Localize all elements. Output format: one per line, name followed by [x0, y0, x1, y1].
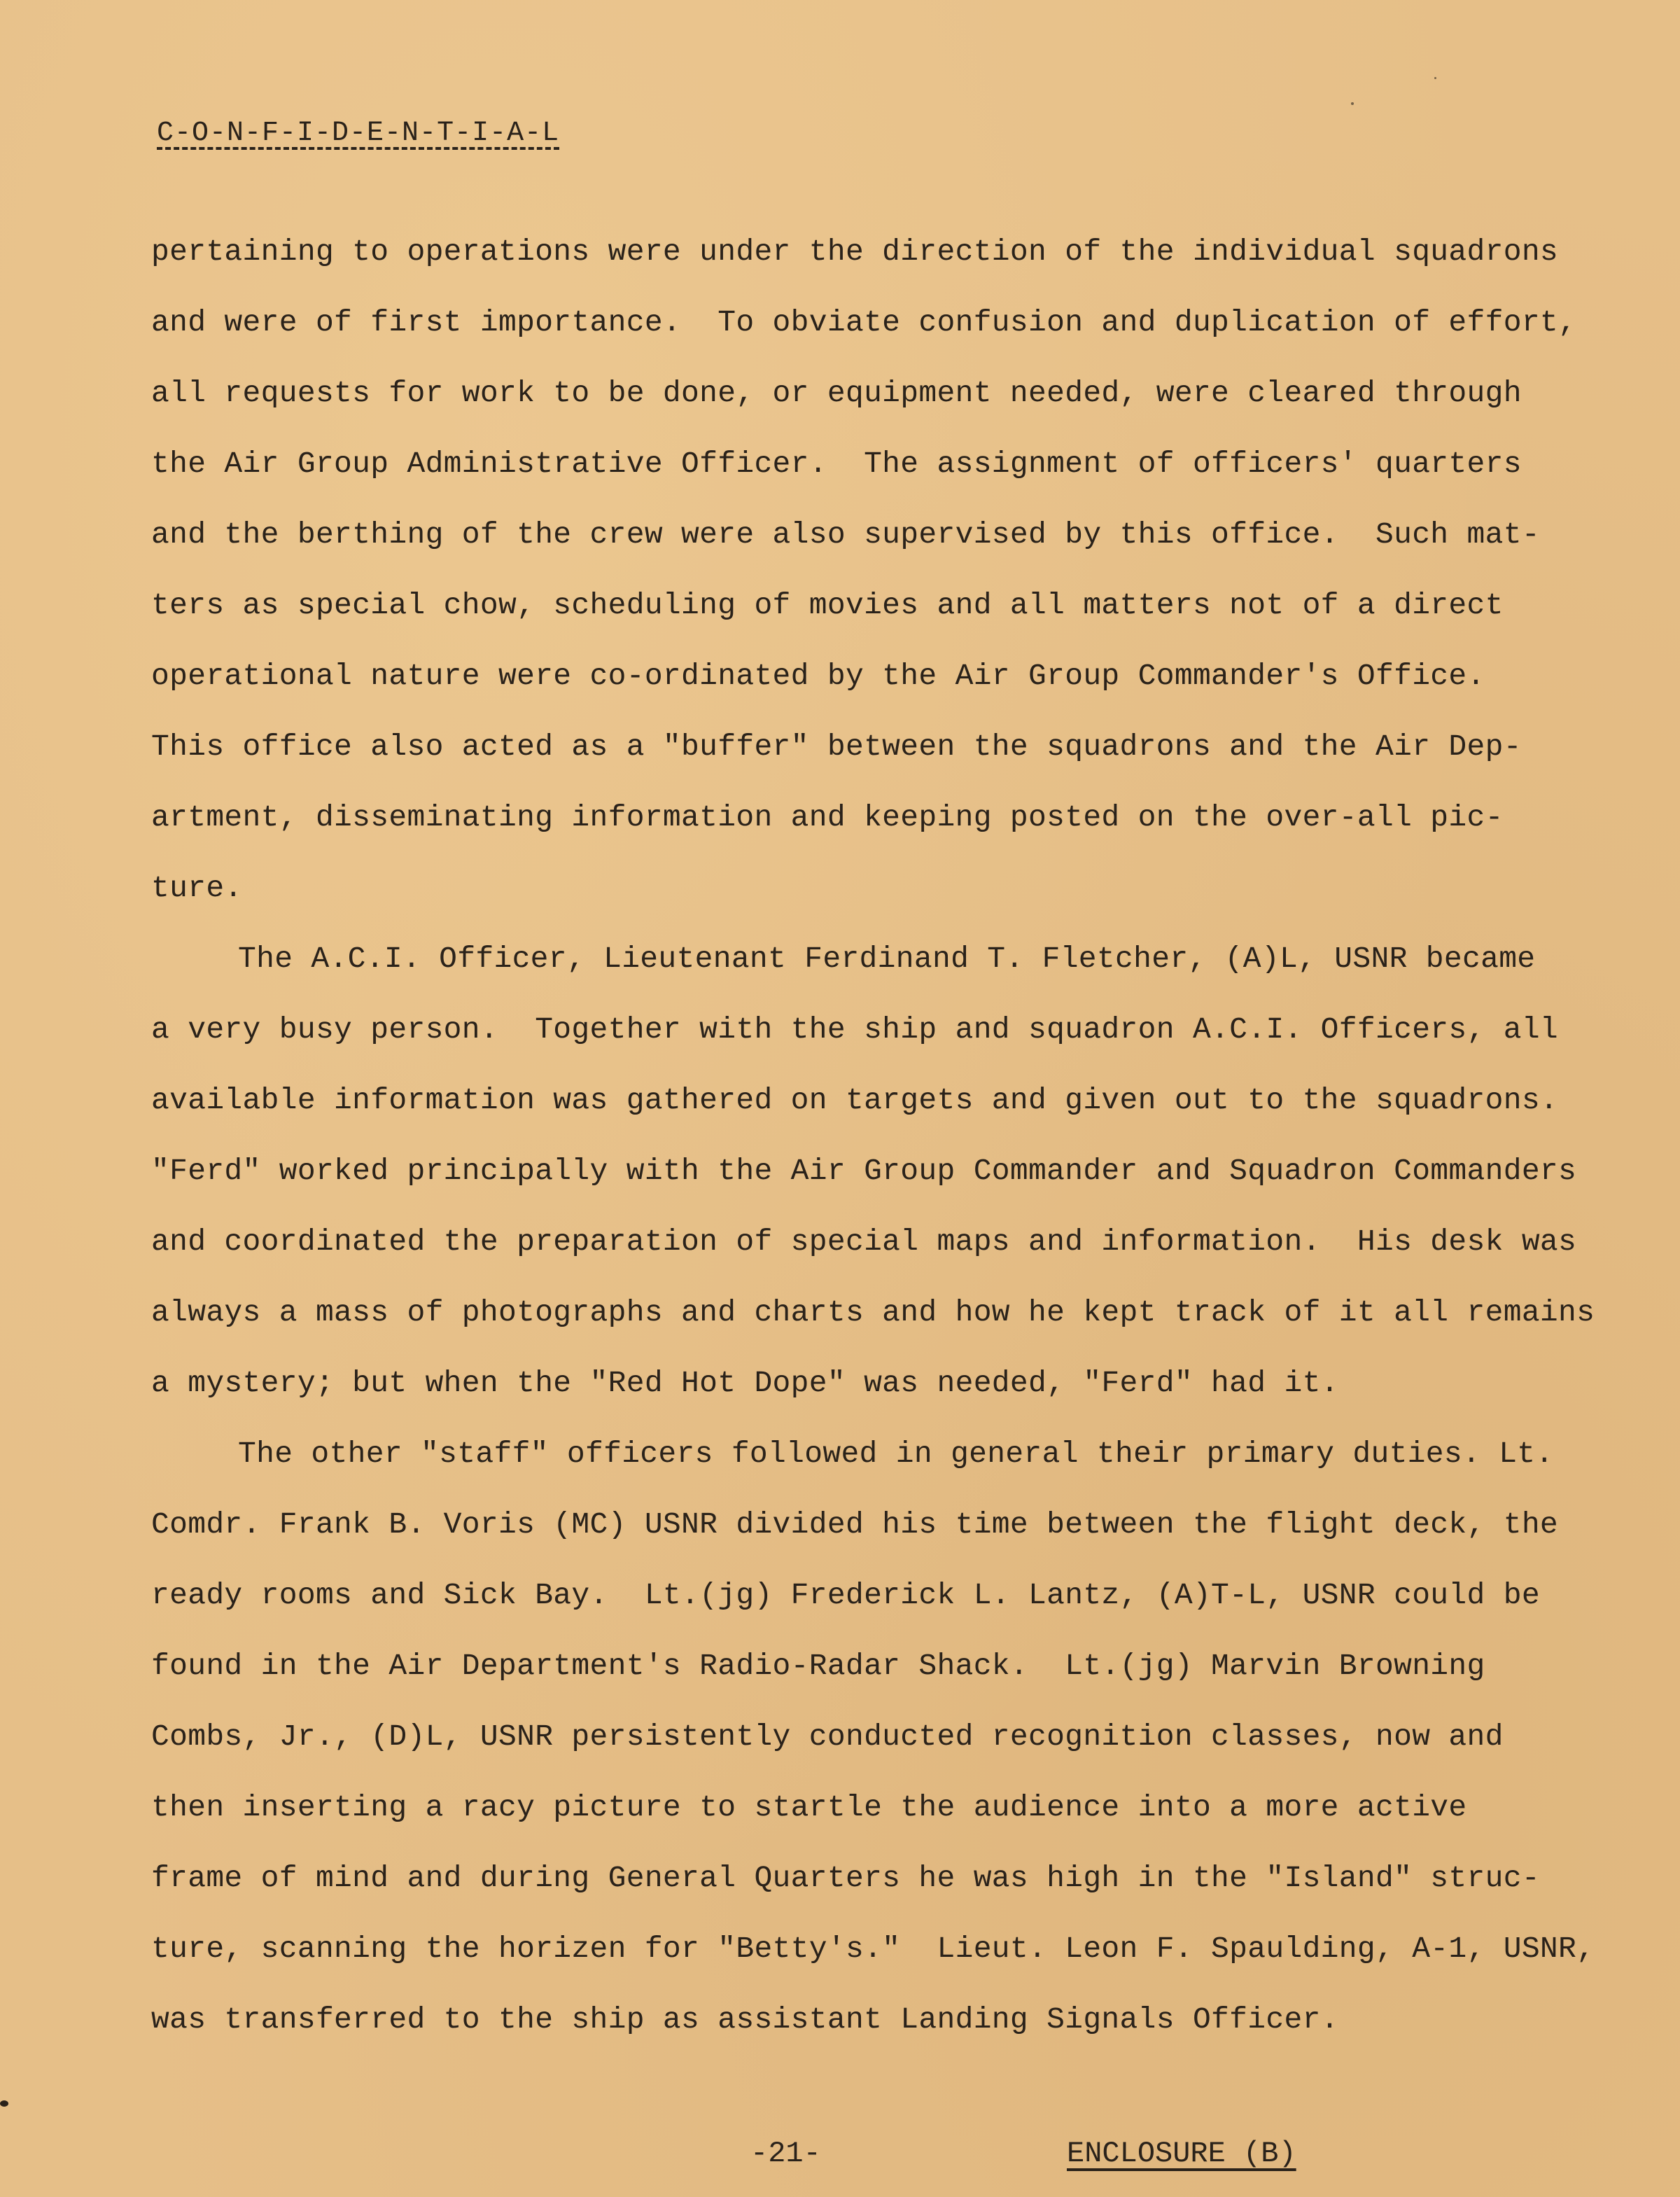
text-line: always a mass of photographs and charts …	[151, 1295, 1595, 1330]
text-line: and were of first importance. To obviate…	[151, 305, 1576, 340]
text-line: ters as special chow, scheduling of movi…	[151, 588, 1504, 622]
classification-marking: C-O-N-F-I-D-E-N-T-I-A-L	[157, 118, 559, 149]
page-number: -21-	[750, 2137, 821, 2170]
text-line: Comdr. Frank B. Voris (MC) USNR divided …	[151, 1507, 1558, 1542]
text-line: frame of mind and during General Quarter…	[151, 1861, 1540, 1895]
text-line: and the berthing of the crew were also s…	[151, 517, 1540, 552]
text-line: The other "staff" officers followed in g…	[238, 1437, 1554, 1471]
text-line: ture.	[151, 871, 243, 905]
paper-hole-mark	[1434, 77, 1436, 79]
text-line: available information was gathered on ta…	[151, 1083, 1558, 1117]
document-page: C-O-N-F-I-D-E-N-T-I-A-L pertaining to op…	[0, 0, 1680, 2197]
text-line: Combs, Jr., (D)L, USNR persistently cond…	[151, 1720, 1504, 1754]
text-line: operational nature were co-ordinated by …	[151, 659, 1485, 693]
text-line: ture, scanning the horizen for "Betty's.…	[151, 1932, 1595, 1966]
text-line: "Ferd" worked principally with the Air G…	[151, 1154, 1576, 1188]
text-line: artment, disseminating information and k…	[151, 800, 1504, 835]
text-line: and coordinated the preparation of speci…	[151, 1225, 1576, 1259]
text-line: was transferred to the ship as assistant…	[151, 2002, 1339, 2037]
text-line: a very busy person. Together with the sh…	[151, 1012, 1558, 1047]
paper-hole-mark	[1351, 102, 1354, 105]
text-line: the Air Group Administrative Officer. Th…	[151, 447, 1522, 481]
text-line: ready rooms and Sick Bay. Lt.(jg) Freder…	[151, 1578, 1540, 1612]
text-line: a mystery; but when the "Red Hot Dope" w…	[151, 1366, 1339, 1400]
text-line: found in the Air Department's Radio-Rada…	[151, 1649, 1485, 1683]
text-line: then inserting a racy picture to startle…	[151, 1790, 1467, 1825]
text-line: This office also acted as a "buffer" bet…	[151, 730, 1522, 764]
enclosure-label: ENCLOSURE (B)	[1067, 2137, 1296, 2170]
text-line: all requests for work to be done, or equ…	[151, 376, 1522, 410]
text-line: pertaining to operations were under the …	[151, 235, 1558, 269]
text-line: The A.C.I. Officer, Lieutenant Ferdinand…	[238, 942, 1535, 976]
ink-speck-mark	[0, 2100, 8, 2107]
